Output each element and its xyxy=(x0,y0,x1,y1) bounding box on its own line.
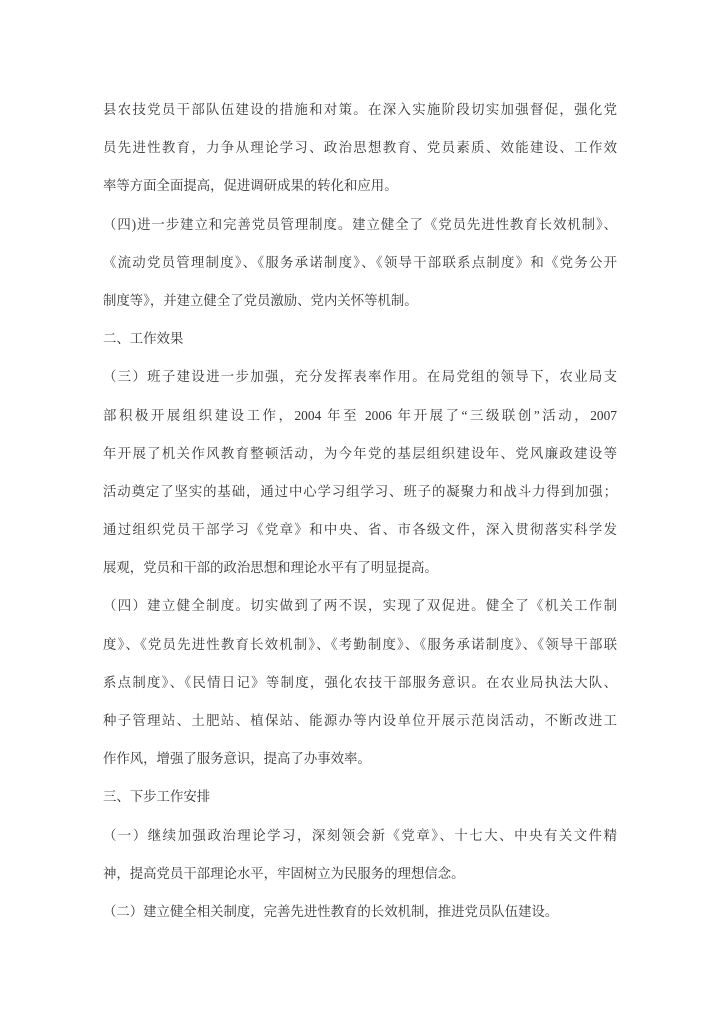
text-line: （一）继续加强政治理论学习，深刻领会新《党章》、十七大、中央有关文件精 xyxy=(103,817,617,855)
text-line: （四）建立健全制度。切实做到了两不误，实现了双促进。健全了《机关工作制 xyxy=(103,587,617,625)
text-line: 活动奠定了坚实的基础，通过中心学习组学习、班子的凝聚力和战斗力得到加强； xyxy=(103,473,617,511)
text-line: 率等方面全面提高，促进调研成果的转化和应用。 xyxy=(103,167,617,205)
text-line: 年开展了机关作风教育整顿活动，为今年党的基层组织建设年、党风廉政建设等 xyxy=(103,435,617,473)
text-line: 作作风，增强了服务意识，提高了办事效率。 xyxy=(103,740,617,778)
text-line: 度》、《党员先进性教育长效机制》、《考勤制度》、《服务承诺制度》、《领导干部联 xyxy=(103,626,617,664)
text-line: （四)进一步建立和完善党员管理制度。建立健全了《党员先进性教育长效机制》、 xyxy=(103,206,617,244)
text-line: 神，提高党员干部理论水平，牢固树立为民服务的理想信念。 xyxy=(103,855,617,893)
document-body: 县农技党员干部队伍建设的措施和对策。在深入实施阶段切实加强督促，强化党员先进性教… xyxy=(103,91,617,931)
text-line: 通过组织党员干部学习《党章》和中央、省、市各级文件，深入贯彻落实科学发 xyxy=(103,511,617,549)
text-line: 县农技党员干部队伍建设的措施和对策。在深入实施阶段切实加强督促，强化党 xyxy=(103,91,617,129)
document-page: 县农技党员干部队伍建设的措施和对策。在深入实施阶段切实加强督促，强化党员先进性教… xyxy=(0,0,721,1020)
text-line: 员先进性教育，力争从理论学习、政治思想教育、党员素质、效能建设、工作效 xyxy=(103,129,617,167)
text-line: （三）班子建设进一步加强，充分发挥表率作用。在局党组的领导下，农业局支 xyxy=(103,358,617,396)
text-line: 展观，党员和干部的政治思想和理论水平有了明显提高。 xyxy=(103,549,617,587)
text-line: 系点制度》、《民情日记》等制度，强化农技干部服务意识。在农业局执法大队、 xyxy=(103,664,617,702)
text-line: 《流动党员管理制度》、《服务承诺制度》、《领导干部联系点制度》和《党务公开 xyxy=(103,244,617,282)
text-line: 部积极开展组织建设工作，2004 年至 2006 年开展了“三级联创”活动，20… xyxy=(103,397,617,435)
section-heading: 二、工作效果 xyxy=(103,320,617,358)
text-line: 种子管理站、土肥站、植保站、能源办等内设单位开展示范岗活动，不断改进工 xyxy=(103,702,617,740)
text-line: （二）建立健全相关制度，完善先进性教育的长效机制，推进党员队伍建设。 xyxy=(103,893,617,931)
section-heading: 三、下步工作安排 xyxy=(103,778,617,816)
text-line: 制度等》，并建立健全了党员激励、党内关怀等机制。 xyxy=(103,282,617,320)
